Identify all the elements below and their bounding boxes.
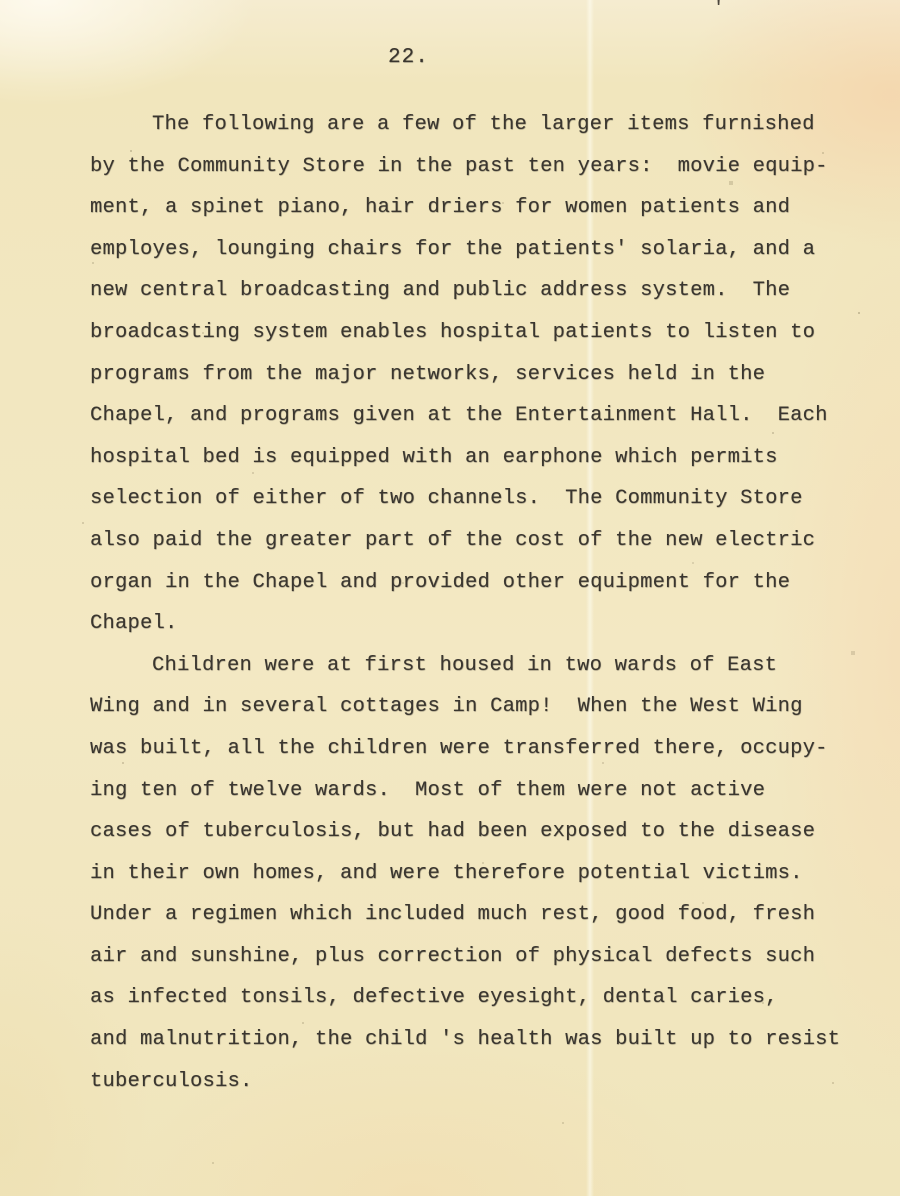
- text-line: new central broadcasting and public addr…: [90, 270, 850, 312]
- page-number: 22.: [388, 46, 429, 69]
- text-line: in their own homes, and were therefore p…: [90, 853, 850, 895]
- text-line: tuberculosis.: [90, 1061, 850, 1103]
- text-line: employes, lounging chairs for the patien…: [90, 229, 850, 271]
- text-line: selection of either of two channels. The…: [90, 478, 850, 520]
- text-line: as infected tonsils, defective eyesight,…: [90, 977, 850, 1019]
- stray-ink-mark: ': [712, 0, 725, 21]
- text-line: by the Community Store in the past ten y…: [90, 146, 850, 188]
- text-line: was built, all the children were transfe…: [90, 728, 850, 770]
- paper-speckles: [0, 0, 2, 2]
- text-line: ing ten of twelve wards. Most of them we…: [90, 770, 850, 812]
- text-line: The following are a few of the larger it…: [90, 104, 850, 146]
- text-line: Under a regimen which included much rest…: [90, 894, 850, 936]
- text-line: Children were at first housed in two war…: [90, 645, 850, 687]
- text-line: broadcasting system enables hospital pat…: [90, 312, 850, 354]
- text-line: also paid the greater part of the cost o…: [90, 520, 850, 562]
- text-line: and malnutrition, the child 's health wa…: [90, 1019, 850, 1061]
- text-line: Chapel.: [90, 603, 850, 645]
- text-line: Chapel, and programs given at the Entert…: [90, 395, 850, 437]
- text-line: Wing and in several cottages in Camp! Wh…: [90, 686, 850, 728]
- text-line: air and sunshine, plus correction of phy…: [90, 936, 850, 978]
- text-line: programs from the major networks, servic…: [90, 354, 850, 396]
- text-line: organ in the Chapel and provided other e…: [90, 562, 850, 604]
- text-line: ment, a spinet piano, hair driers for wo…: [90, 187, 850, 229]
- text-line: hospital bed is equipped with an earphon…: [90, 437, 850, 479]
- text-line: cases of tuberculosis, but had been expo…: [90, 811, 850, 853]
- typewritten-text-block: The following are a few of the larger it…: [90, 104, 850, 1102]
